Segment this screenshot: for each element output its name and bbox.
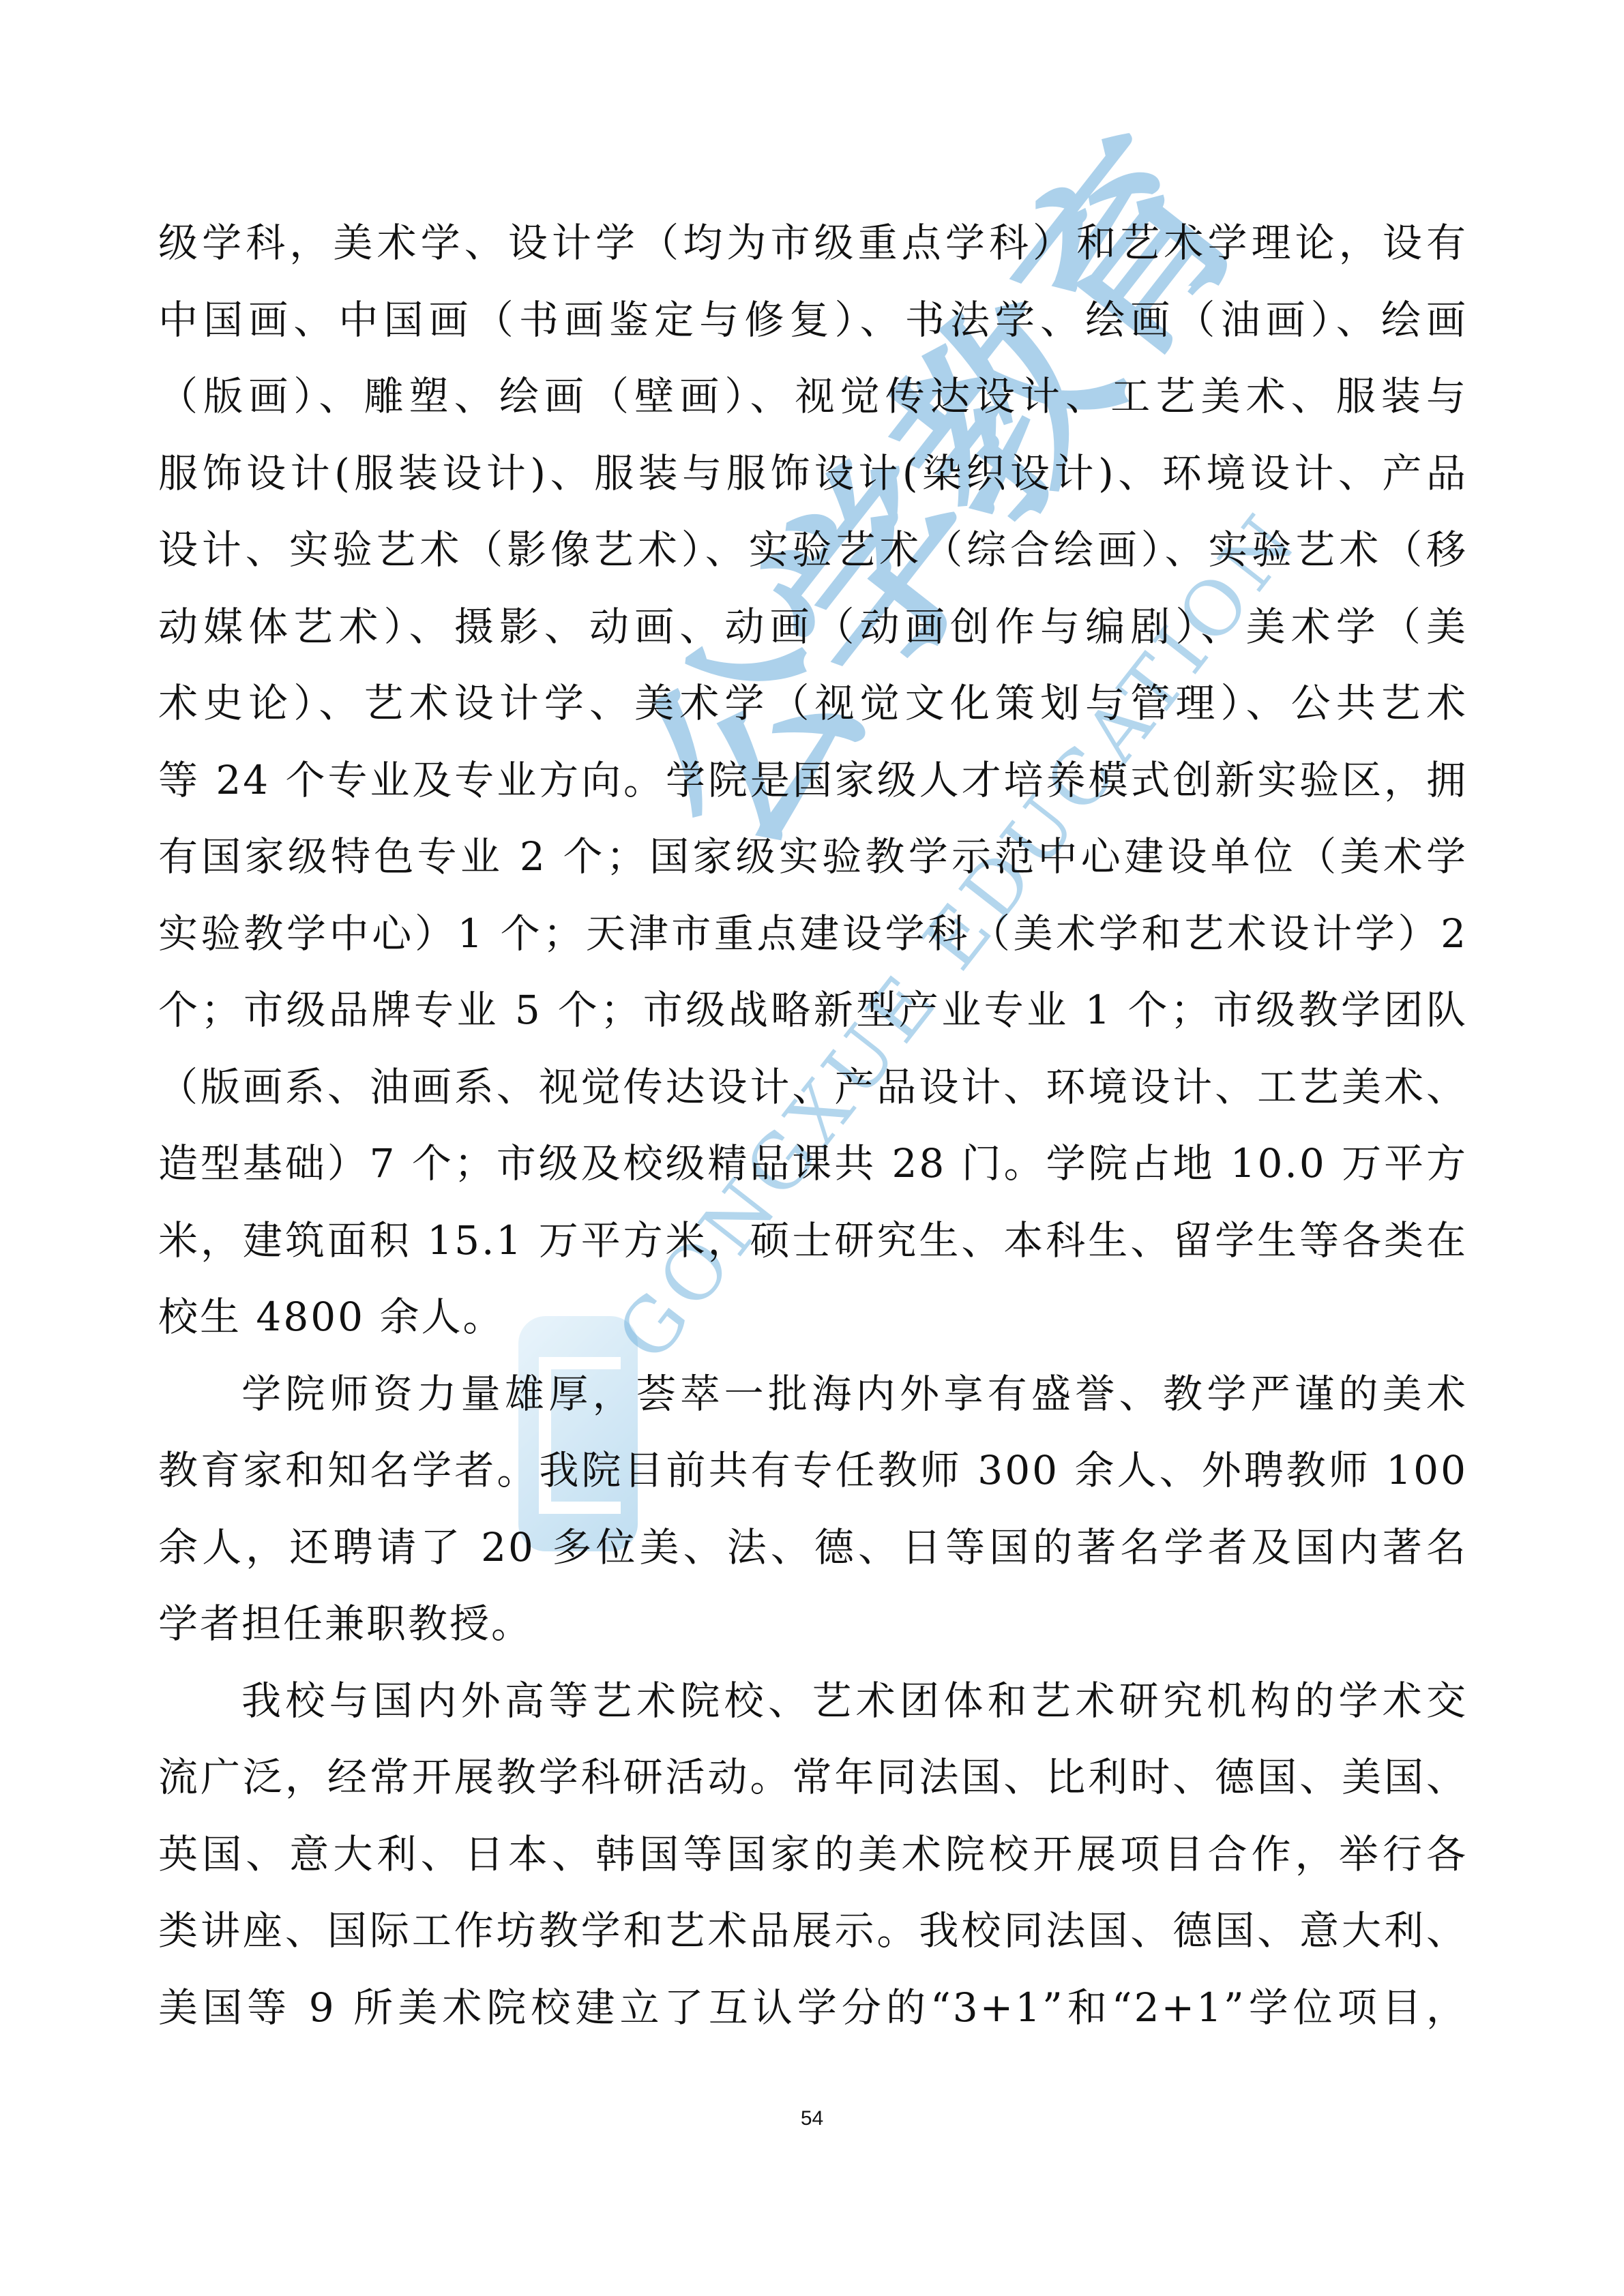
text-line: 设计、实验艺术（影像艺术）、实验艺术（综合绘画）、实验艺术（移 [158,511,1468,588]
text-line: 流广泛，经常开展教学科研活动。常年同法国、比利时、德国、美国、 [158,1739,1468,1816]
text-line: 造型基础）7 个；市级及校级精品课共 28 门。学院占地 10.0 万平方 [158,1125,1468,1202]
text-line: 有国家级特色专业 2 个；国家级实验教学示范中心建设单位（美术学 [158,818,1468,895]
text-line: 实验教学中心）1 个；天津市重点建设学科（美术学和艺术设计学）2 [158,895,1468,972]
text-line: 术史论）、艺术设计学、美术学（视觉文化策划与管理）、公共艺术 [158,665,1468,742]
page-number: 54 [0,2107,1624,2130]
text-line: 英国、意大利、日本、韩国等国家的美术院校开展项目合作，举行各 [158,1816,1468,1893]
text-line: 级学科，美术学、设计学（均为市级重点学科）和艺术学理论，设有 [158,205,1468,282]
text-line: （版画）、雕塑、绘画（壁画）、视觉传达设计、工艺美术、服装与 [158,358,1468,435]
text-line: 类讲座、国际工作坊教学和艺术品展示。我校同法国、德国、意大利、 [158,1892,1468,1969]
document-page: 公学教育 GONGXUE EDUCATION 级学科，美术学、设计学（均为市级重… [0,0,1624,2296]
text-line: 我校与国内外高等艺术院校、艺术团体和艺术研究机构的学术交 [158,1663,1468,1740]
text-line: 教育家和知名学者。我院目前共有专任教师 300 余人、外聘教师 100 [158,1432,1468,1509]
text-line: 个；市级品牌专业 5 个；市级战略新型产业专业 1 个；市级教学团队 [158,972,1468,1049]
body-text: 级学科，美术学、设计学（均为市级重点学科）和艺术学理论，设有 中国画、中国画（书… [158,205,1468,2046]
text-line: 动媒体艺术）、摄影、动画、动画（动画创作与编剧）、美术学（美 [158,588,1468,666]
text-line: 余人，还聘请了 20 多位美、法、德、日等国的著名学者及国内著名 [158,1509,1468,1586]
text-line: 校生 4800 余人。 [158,1279,1468,1356]
text-line: 米，建筑面积 15.1 万平方米，硕士研究生、本科生、留学生等各类在 [158,1202,1468,1279]
text-line: 服饰设计(服装设计)、服装与服饰设计(染织设计)、环境设计、产品 [158,435,1468,512]
text-line: 学院师资力量雄厚，荟萃一批海内外享有盛誉、教学严谨的美术 [158,1356,1468,1433]
text-line: 美国等 9 所美术院校建立了互认学分的“3+1”和“2+1”学位项目， [158,1969,1468,2046]
text-line: （版画系、油画系、视觉传达设计、产品设计、环境设计、工艺美术、 [158,1049,1468,1126]
text-line: 等 24 个专业及专业方向。学院是国家级人才培养模式创新实验区，拥 [158,742,1468,819]
text-line: 中国画、中国画（书画鉴定与修复）、书法学、绘画（油画）、绘画 [158,282,1468,359]
text-line: 学者担任兼职教授。 [158,1585,1468,1663]
